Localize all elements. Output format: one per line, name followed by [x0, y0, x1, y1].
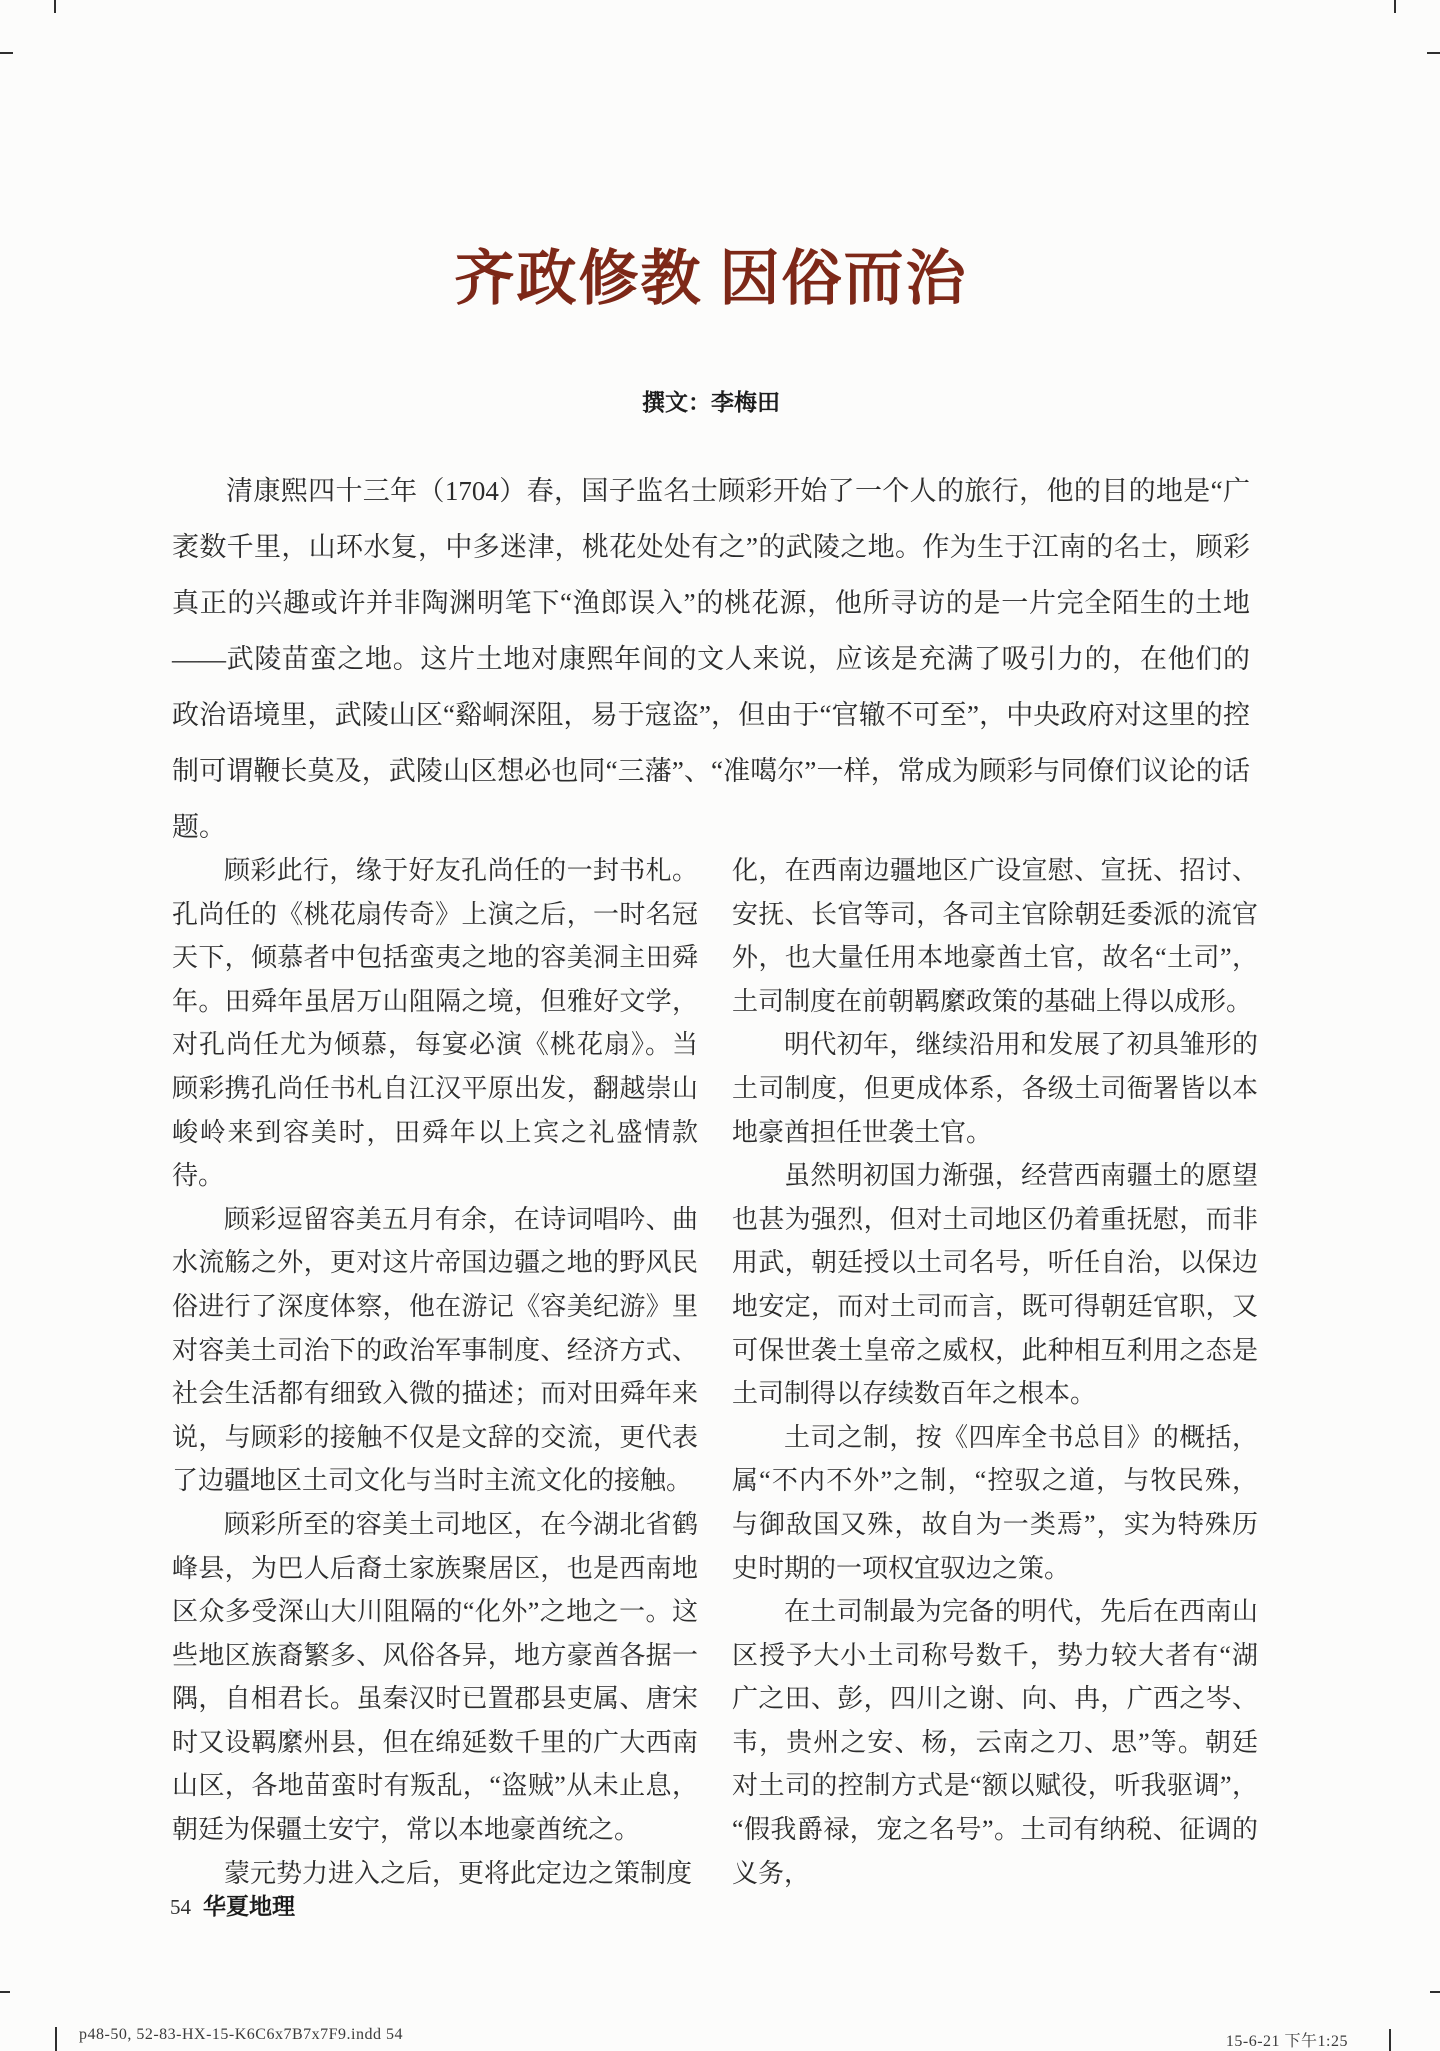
print-file-info: p48-50, 52-83-HX-15-K6C6x7B7x7F9.indd 54 [79, 2026, 403, 2044]
body-paragraph: 顾彩此行，缘于好友孔尚任的一封书札。孔尚任的《桃花扇传奇》上演之后，一时名冠天下… [172, 849, 698, 1198]
crop-mark-left [0, 52, 13, 54]
crop-mark-right [1427, 52, 1440, 54]
body-paragraph: 顾彩逗留容美五月有余，在诗词唱吟、曲水流觞之外，更对这片帝国边疆之地的野风民俗进… [172, 1198, 698, 1503]
body-paragraph-continuation: 化，在西南边疆地区广设宣慰、宣抚、招讨、安抚、长官等司，各司主官除朝廷委派的流官… [732, 849, 1258, 1023]
crop-mark-top-right [1394, 0, 1396, 13]
magazine-page: 齐政修教 因俗而治 撰文：李梅田 清康熙四十三年（1704）春，国子监名士顾彩开… [0, 0, 1440, 2051]
page-number: 54 [170, 1895, 191, 1919]
body-paragraph: 在土司制最为完备的明代，先后在西南山区授予大小土司称号数千，势力较大者有“湖广之… [732, 1590, 1258, 1895]
article-body: 顾彩此行，缘于好友孔尚任的一封书札。孔尚任的《桃花扇传奇》上演之后，一时名冠天下… [172, 849, 1258, 1895]
magazine-name: 华夏地理 [203, 1894, 295, 1919]
print-timestamp: 15-6-21 下午1:25 [1226, 2028, 1348, 2051]
crop-mark-bottom-right-dash [1430, 1991, 1440, 1993]
body-paragraph: 土司之制，按《四库全书总目》的概括，属“不内不外”之制，“控驭之道，与牧民殊，与… [732, 1416, 1258, 1590]
body-paragraph: 顾彩所至的容美土司地区，在今湖北省鹤峰县，为巴人后裔土家族聚居区，也是西南地区众… [172, 1503, 698, 1852]
article-title: 齐政修教 因俗而治 [172, 240, 1250, 318]
intro-paragraph: 清康熙四十三年（1704）春，国子监名士顾彩开始了一个人的旅行，他的目的地是“广… [172, 463, 1250, 855]
body-paragraph: 明代初年，继续沿用和发展了初具雏形的土司制度，但更成体系，各级土司衙署皆以本地豪… [732, 1023, 1258, 1154]
crop-mark-bottom-left-bar [55, 2027, 57, 2051]
crop-mark-bottom-left-dash [0, 1991, 10, 1993]
article-byline: 撰文：李梅田 [172, 384, 1250, 417]
page-footer: 54华夏地理 [170, 1888, 295, 1921]
body-paragraph: 虽然明初国力渐强，经营西南疆土的愿望也甚为强烈，但对土司地区仍着重抚慰，而非用武… [732, 1154, 1258, 1416]
crop-mark-top-left [54, 0, 56, 13]
right-column: 化，在西南边疆地区广设宣慰、宣抚、招讨、安抚、长官等司，各司主官除朝廷委派的流官… [732, 849, 1258, 1895]
left-column: 顾彩此行，缘于好友孔尚任的一封书札。孔尚任的《桃花扇传奇》上演之后，一时名冠天下… [172, 849, 698, 1895]
crop-mark-bottom-right-bar [1389, 2029, 1391, 2051]
